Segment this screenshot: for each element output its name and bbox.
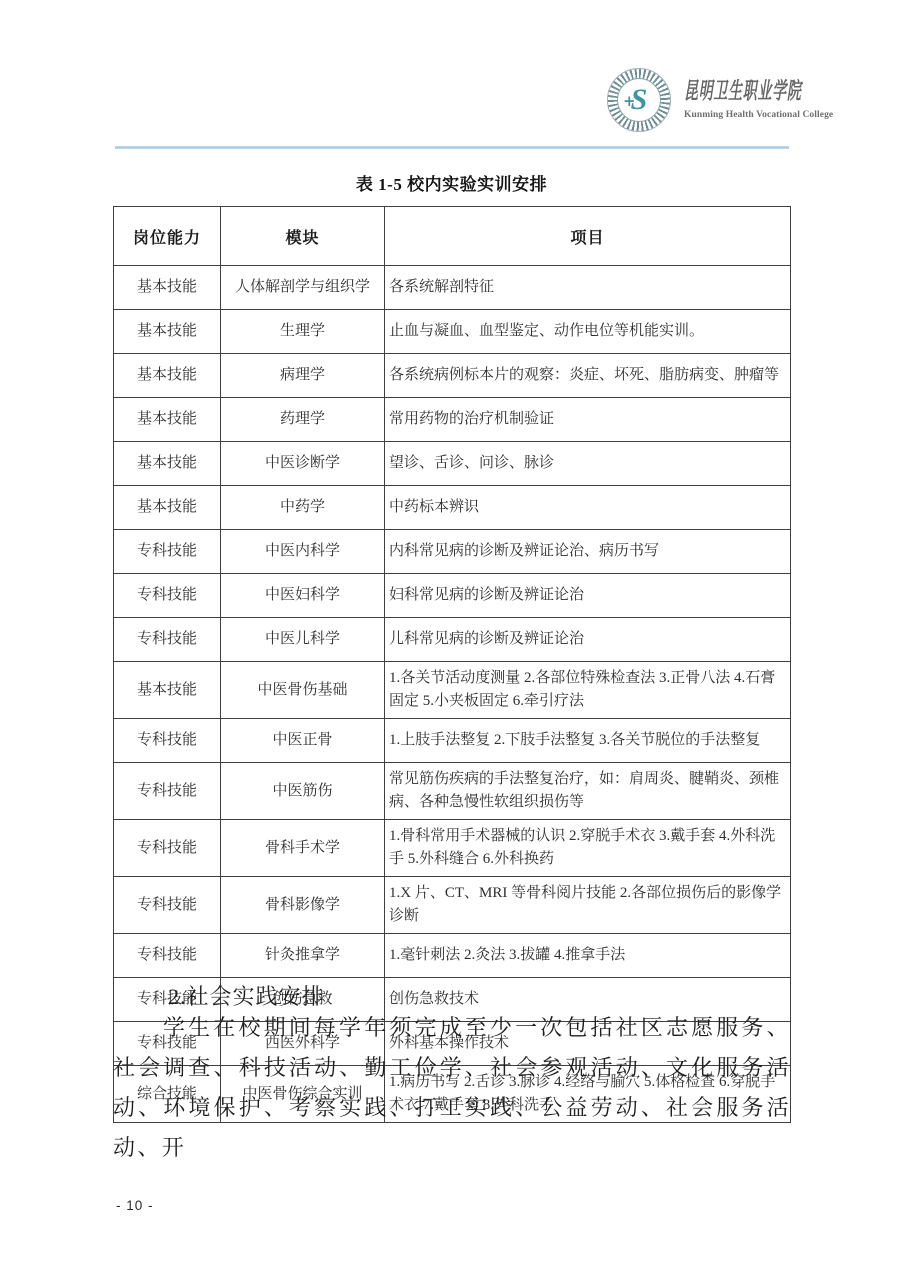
section-heading: 2.社会实践安排 <box>168 980 325 1011</box>
header-divider <box>115 146 789 149</box>
table-row: 专科技能中医正骨1.上肢手法整复 2.下肢手法整复 3.各关节脱位的手法整复 <box>114 719 791 763</box>
table-cell: 止血与凝血、血型鉴定、动作电位等机能实训。 <box>385 310 791 354</box>
table-cell: 药理学 <box>221 398 385 442</box>
table-cell: 中医儿科学 <box>221 618 385 662</box>
table-cell: 望诊、舌诊、问诊、脉诊 <box>385 442 791 486</box>
table-row: 专科技能中医筋伤常见筋伤疾病的手法整复治疗，如：肩周炎、腱鞘炎、颈椎病、各种急慢… <box>114 763 791 820</box>
column-header-ability: 岗位能力 <box>114 207 221 266</box>
table-cell: 骨科影像学 <box>221 877 385 934</box>
table-cell: 病理学 <box>221 354 385 398</box>
table-cell: 基本技能 <box>114 266 221 310</box>
table-cell: 专科技能 <box>114 530 221 574</box>
table-cell: 专科技能 <box>114 934 221 978</box>
table-row: 基本技能生理学止血与凝血、血型鉴定、动作电位等机能实训。 <box>114 310 791 354</box>
document-page: + S 昆明卫生职业学院 Kunming Health Vocational C… <box>0 0 905 1280</box>
table-cell: 基本技能 <box>114 486 221 530</box>
table-cell: 中药标本辨识 <box>385 486 791 530</box>
table-cell: 中医骨伤基础 <box>221 662 385 719</box>
table-cell: 1.骨科常用手术器械的认识 2.穿脱手术衣 3.戴手套 4.外科洗手 5.外科缝… <box>385 820 791 877</box>
table-cell: 针灸推拿学 <box>221 934 385 978</box>
table-header: 岗位能力 模块 项目 <box>114 207 791 266</box>
college-header: + S 昆明卫生职业学院 Kunming Health Vocational C… <box>605 66 795 138</box>
table-cell: 1.毫针刺法 2.灸法 3.拔罐 4.推拿手法 <box>385 934 791 978</box>
table-row: 专科技能针灸推拿学1.毫针刺法 2.灸法 3.拔罐 4.推拿手法 <box>114 934 791 978</box>
body-paragraph: 学生在校期间每学年须完成至少一次包括社区志愿服务、社会调查、科技活动、勤工俭学、… <box>113 1008 791 1168</box>
table-cell: 常见筋伤疾病的手法整复治疗，如：肩周炎、腱鞘炎、颈椎病、各种急慢性软组织损伤等 <box>385 763 791 820</box>
table-row: 基本技能药理学常用药物的治疗机制验证 <box>114 398 791 442</box>
table-cell: 生理学 <box>221 310 385 354</box>
page-number: - 10 - <box>116 1198 154 1213</box>
college-name-en: Kunming Health Vocational College <box>684 110 804 120</box>
table-cell: 专科技能 <box>114 820 221 877</box>
table-row: 基本技能中药学中药标本辨识 <box>114 486 791 530</box>
table-row: 专科技能中医妇科学妇科常见病的诊断及辨证论治 <box>114 574 791 618</box>
table-cell: 中医内科学 <box>221 530 385 574</box>
table-cell: 妇科常见病的诊断及辨证论治 <box>385 574 791 618</box>
table-header-row: 岗位能力 模块 项目 <box>114 207 791 266</box>
table-cell: 中医筋伤 <box>221 763 385 820</box>
table-cell: 基本技能 <box>114 662 221 719</box>
table-cell: 1.各关节活动度测量 2.各部位特殊检查法 3.正骨八法 4.石膏固定 5.小夹… <box>385 662 791 719</box>
table-cell: 专科技能 <box>114 719 221 763</box>
table-cell: 1.上肢手法整复 2.下肢手法整复 3.各关节脱位的手法整复 <box>385 719 791 763</box>
table-cell: 基本技能 <box>114 354 221 398</box>
college-seal-icon: + S <box>607 68 671 132</box>
table-row: 基本技能人体解剖学与组织学各系统解剖特征 <box>114 266 791 310</box>
column-header-project: 项目 <box>385 207 791 266</box>
table-cell: 常用药物的治疗机制验证 <box>385 398 791 442</box>
table-cell: 骨科手术学 <box>221 820 385 877</box>
column-header-module: 模块 <box>221 207 385 266</box>
table-row: 基本技能中医骨伤基础1.各关节活动度测量 2.各部位特殊检查法 3.正骨八法 4… <box>114 662 791 719</box>
table-cell: 基本技能 <box>114 442 221 486</box>
table-cell: 1.X 片、CT、MRI 等骨科阅片技能 2.各部位损伤后的影像学诊断 <box>385 877 791 934</box>
table-row: 基本技能病理学各系统病例标本片的观察：炎症、坏死、脂肪病变、肿瘤等 <box>114 354 791 398</box>
table-row: 专科技能骨科影像学1.X 片、CT、MRI 等骨科阅片技能 2.各部位损伤后的影… <box>114 877 791 934</box>
table-cell: 专科技能 <box>114 763 221 820</box>
table-cell: 中药学 <box>221 486 385 530</box>
table-cell: 中医正骨 <box>221 719 385 763</box>
college-name-zh: 昆明卫生职业学院 <box>684 72 768 105</box>
table-cell: 内科常见病的诊断及辨证论治、病历书写 <box>385 530 791 574</box>
table-cell: 基本技能 <box>114 398 221 442</box>
table-cell: 各系统解剖特征 <box>385 266 791 310</box>
table-cell: 专科技能 <box>114 877 221 934</box>
table-cell: 基本技能 <box>114 310 221 354</box>
table-row: 专科技能骨科手术学1.骨科常用手术器械的认识 2.穿脱手术衣 3.戴手套 4.外… <box>114 820 791 877</box>
table-cell: 专科技能 <box>114 618 221 662</box>
seal-dragon-glyph: S <box>608 69 670 131</box>
table-cell: 儿科常见病的诊断及辨证论治 <box>385 618 791 662</box>
table-row: 基本技能中医诊断学望诊、舌诊、问诊、脉诊 <box>114 442 791 486</box>
table-cell: 专科技能 <box>114 574 221 618</box>
table-cell: 人体解剖学与组织学 <box>221 266 385 310</box>
table-title: 表 1-5 校内实验实训安排 <box>113 170 790 195</box>
table-cell: 中医妇科学 <box>221 574 385 618</box>
table-cell: 中医诊断学 <box>221 442 385 486</box>
table-row: 专科技能中医儿科学儿科常见病的诊断及辨证论治 <box>114 618 791 662</box>
college-names: 昆明卫生职业学院 Kunming Health Vocational Colle… <box>684 72 804 120</box>
table-row: 专科技能中医内科学内科常见病的诊断及辨证论治、病历书写 <box>114 530 791 574</box>
table-cell: 各系统病例标本片的观察：炎症、坏死、脂肪病变、肿瘤等 <box>385 354 791 398</box>
